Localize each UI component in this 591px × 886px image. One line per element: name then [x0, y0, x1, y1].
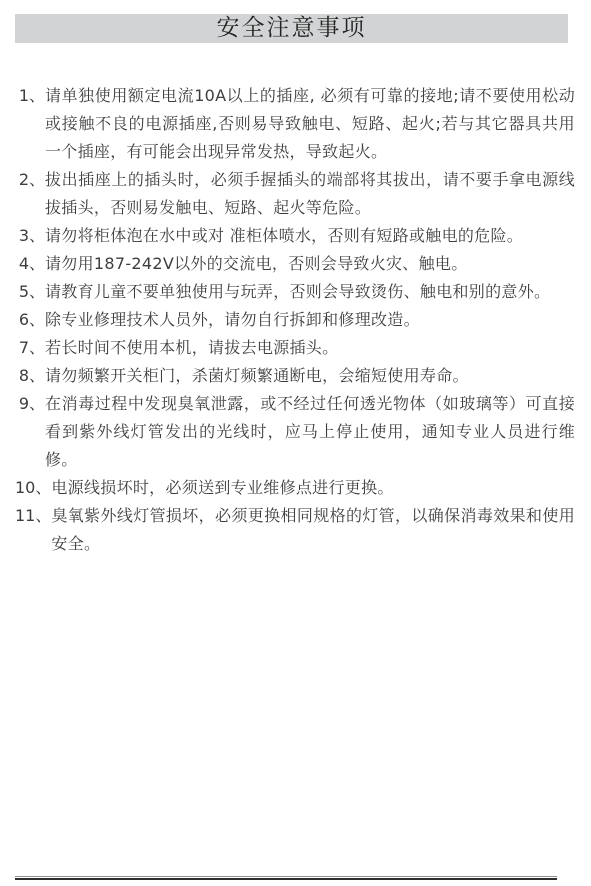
list-item: 11、 臭氧紫外线灯管损坏，必须更换相同规格的灯管，以确保消毒效果和使用安全。	[15, 502, 575, 558]
footer-rule-thick-line	[15, 878, 557, 880]
list-item: 4、 请勿用187-242V以外的交流电，否则会导致火灾、触电。	[15, 250, 575, 278]
list-item-text: 请教育儿童不要单独使用与玩弄，否则会导致烫伤、触电和别的意外。	[45, 278, 575, 306]
footer-rule-thin-line	[15, 876, 557, 877]
list-item-number: 11、	[15, 502, 51, 530]
list-item: 9、 在消毒过程中发现臭氧泄露，或不经过任何透光物体（如玻璃等）可直接看到紫外线…	[15, 390, 575, 474]
list-item-text: 除专业修理技术人员外，请勿自行拆卸和修理改造。	[45, 306, 575, 334]
list-item-number: 1、	[15, 82, 45, 110]
list-item: 8、 请勿频繁开关柜门，杀菌灯频繁通断电，会缩短使用寿命。	[15, 362, 575, 390]
list-item: 7、 若长时间不使用本机，请拔去电源插头。	[15, 334, 575, 362]
footer-rule	[15, 876, 557, 880]
list-item-text: 请勿将柜体泡在水中或对 准柜体喷水，否则有短路或触电的危险。	[45, 222, 575, 250]
page-title: 安全注意事项	[217, 14, 367, 43]
list-item-number: 4、	[15, 250, 45, 278]
list-item-text: 在消毒过程中发现臭氧泄露，或不经过任何透光物体（如玻璃等）可直接看到紫外线灯管发…	[45, 390, 575, 474]
list-item-text: 臭氧紫外线灯管损坏，必须更换相同规格的灯管，以确保消毒效果和使用安全。	[51, 502, 575, 558]
list-item-number: 9、	[15, 390, 45, 418]
page-title-bar: 安全注意事项	[15, 14, 568, 43]
list-item-number: 3、	[15, 222, 45, 250]
list-item: 6、 除专业修理技术人员外，请勿自行拆卸和修理改造。	[15, 306, 575, 334]
list-item: 5、 请教育儿童不要单独使用与玩弄，否则会导致烫伤、触电和别的意外。	[15, 278, 575, 306]
list-item-text: 请单独使用额定电流10A以上的插座, 必须有可靠的接地;请不要使用松动或接触不良…	[45, 82, 575, 166]
list-item-number: 10、	[15, 474, 51, 502]
list-item-number: 7、	[15, 334, 45, 362]
manual-page: 安全注意事项 1、 请单独使用额定电流10A以上的插座, 必须有可靠的接地;请不…	[0, 0, 591, 886]
list-item: 1、 请单独使用额定电流10A以上的插座, 必须有可靠的接地;请不要使用松动或接…	[15, 82, 575, 166]
list-item-text: 请勿用187-242V以外的交流电，否则会导致火灾、触电。	[45, 250, 575, 278]
list-item-number: 6、	[15, 306, 45, 334]
list-item-text: 拔出插座上的插头时，必须手握插头的端部将其拔出，请不要手拿电源线拔插头，否则易发…	[45, 166, 575, 222]
list-item-text: 请勿频繁开关柜门，杀菌灯频繁通断电，会缩短使用寿命。	[45, 362, 575, 390]
list-item-text: 电源线损坏时，必须送到专业维修点进行更换。	[51, 474, 575, 502]
list-item-text: 若长时间不使用本机，请拔去电源插头。	[45, 334, 575, 362]
list-item: 2、 拔出插座上的插头时，必须手握插头的端部将其拔出，请不要手拿电源线拔插头，否…	[15, 166, 575, 222]
list-item-number: 5、	[15, 278, 45, 306]
list-item: 10、 电源线损坏时，必须送到专业维修点进行更换。	[15, 474, 575, 502]
list-item: 3、 请勿将柜体泡在水中或对 准柜体喷水，否则有短路或触电的危险。	[15, 222, 575, 250]
safety-notes-list: 1、 请单独使用额定电流10A以上的插座, 必须有可靠的接地;请不要使用松动或接…	[0, 82, 591, 558]
list-item-number: 8、	[15, 362, 45, 390]
list-item-number: 2、	[15, 166, 45, 194]
